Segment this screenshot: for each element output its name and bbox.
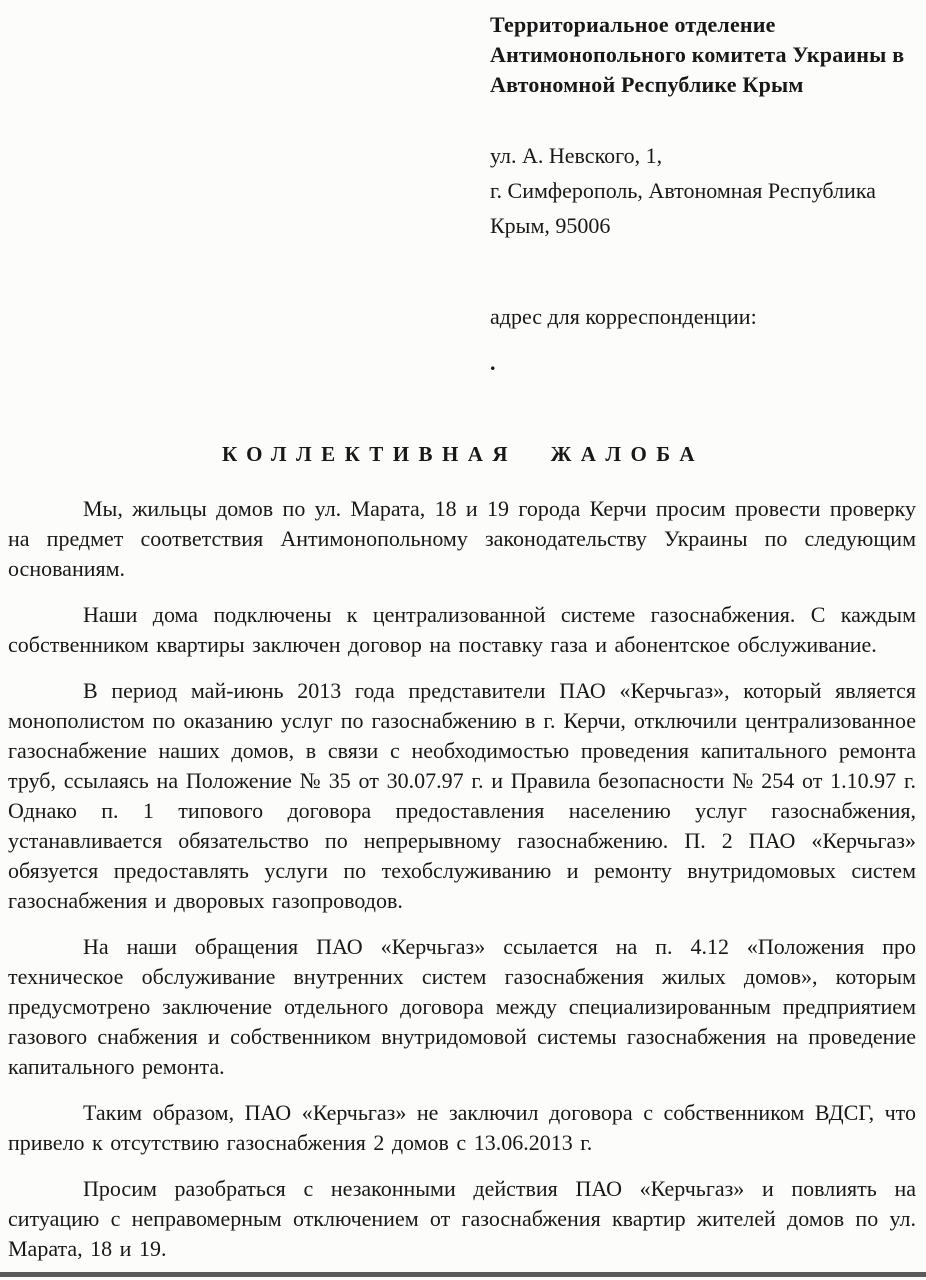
recipient-address: ул. А. Невского, 1, г. Симферополь, Авто… <box>490 138 916 243</box>
correspondence-address-placeholder-dot: . <box>490 353 916 373</box>
scan-bottom-edge-artifact <box>0 1272 926 1277</box>
recipient-title-line: Автономной Республике Крым <box>490 70 916 100</box>
recipient-block: Территориальное отделение Антимонопольно… <box>490 10 916 373</box>
paragraph-shutdown-details: В период май-июнь 2013 года представител… <box>8 676 916 916</box>
paragraph-conclusion: Таким образом, ПАО «Керчьгаз» не заключи… <box>8 1098 916 1158</box>
paragraph-request: Просим разобраться с незаконными действи… <box>8 1174 916 1264</box>
document-body: Мы, жильцы домов по ул. Марата, 18 и 19 … <box>8 494 916 1280</box>
recipient-address-line: ул. А. Невского, 1, <box>490 138 916 173</box>
paragraph-company-response: На наши обращения ПАО «Керчьгаз» ссылает… <box>8 932 916 1082</box>
correspondence-address-label: адрес для корреспонденции: <box>490 303 916 331</box>
document-title: КОЛЛЕКТИВНАЯ ЖАЛОБА <box>0 440 926 468</box>
recipient-title-line: Территориальное отделение <box>490 10 916 40</box>
recipient-title-line: Антимонопольного комитета Украины в <box>490 40 916 70</box>
paragraph-gas-connection: Наши дома подключены к централизованной … <box>8 600 916 660</box>
scanned-letter-page: Территориальное отделение Антимонопольно… <box>0 0 926 1280</box>
recipient-address-line: Крым, 95006 <box>490 208 916 243</box>
paragraph-intro: Мы, жильцы домов по ул. Марата, 18 и 19 … <box>8 494 916 584</box>
recipient-address-line: г. Симферополь, Автономная Республика <box>490 173 916 208</box>
recipient-title: Территориальное отделение Антимонопольно… <box>490 10 916 100</box>
